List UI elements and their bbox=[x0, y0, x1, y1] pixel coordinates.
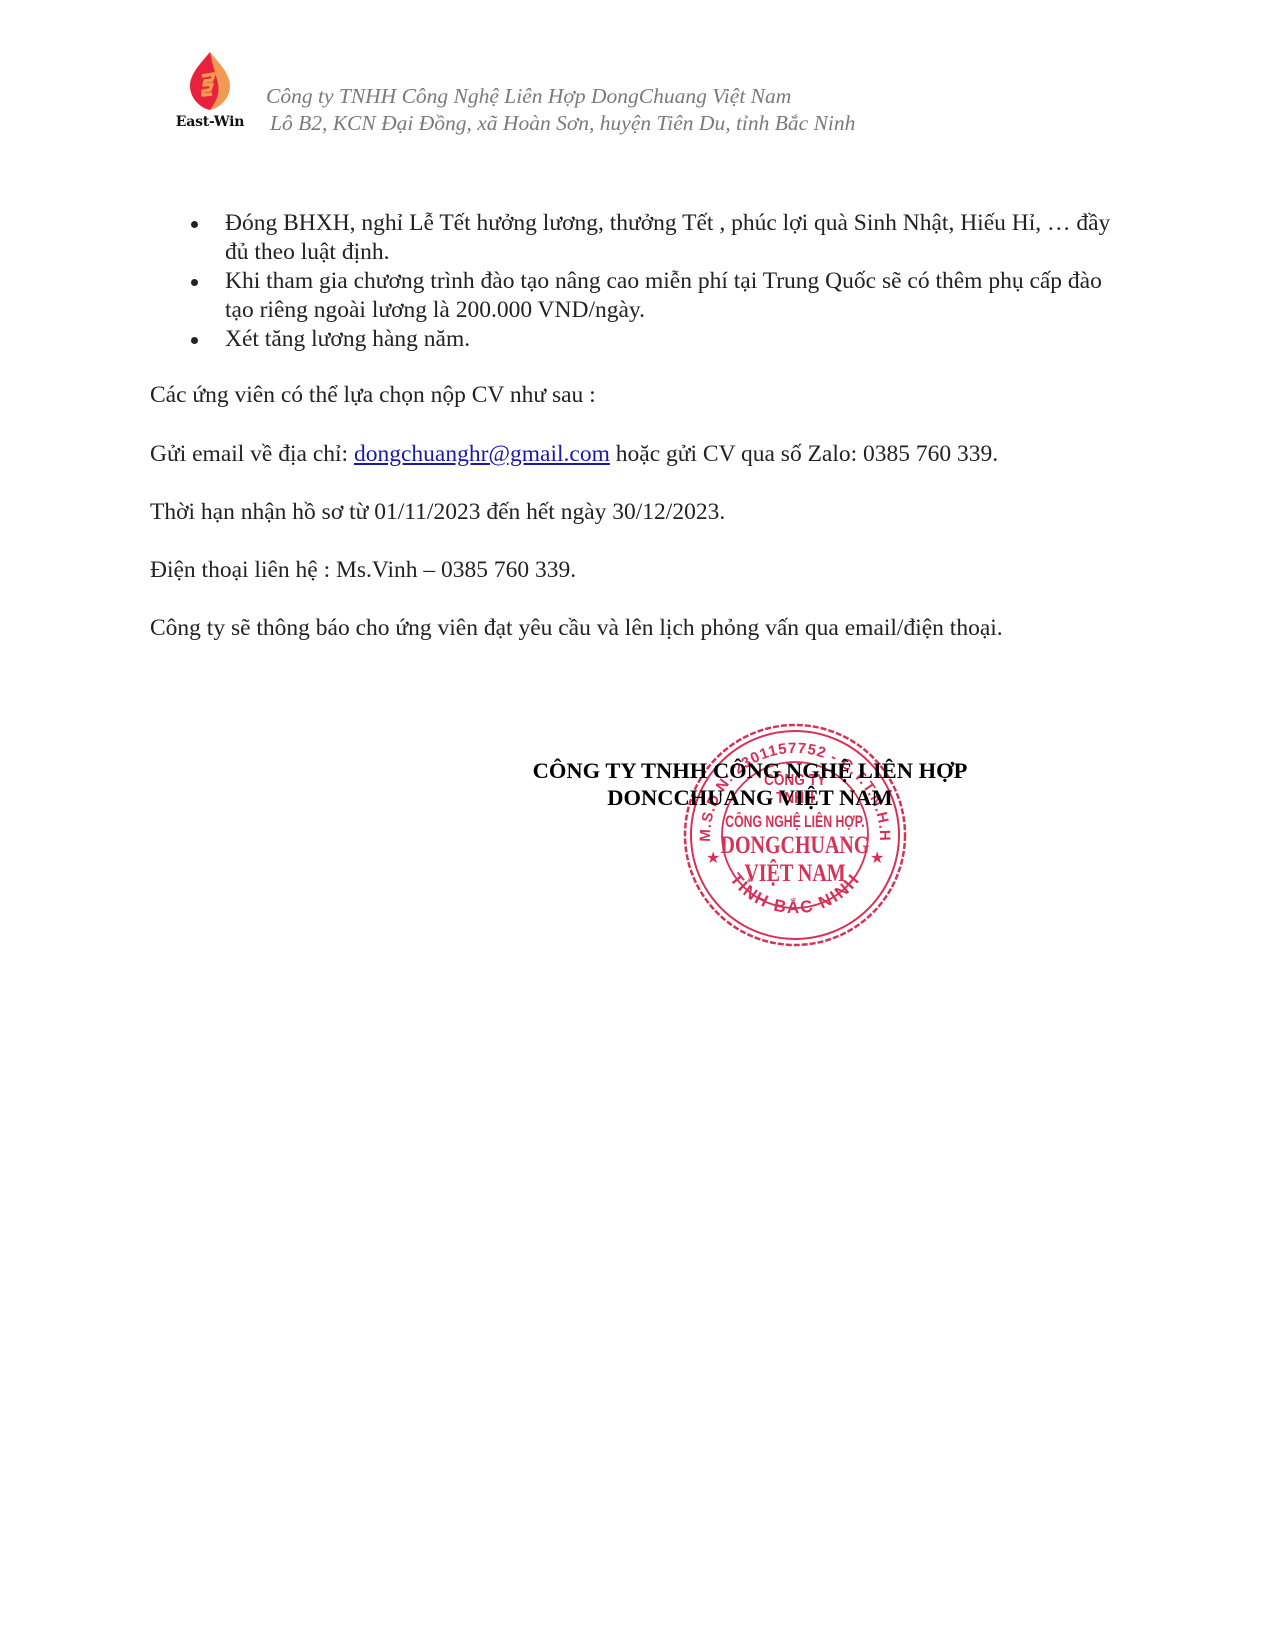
benefit-text: Khi tham gia chương trình đào tạo nâng c… bbox=[225, 268, 1102, 323]
benefit-text: Đóng BHXH, nghỉ Lễ Tết hưởng lương, thưở… bbox=[225, 210, 1110, 265]
stamp-line: CÔNG NGHỆ LIÊN HỢP. bbox=[712, 812, 878, 832]
logo-text: East-Win bbox=[172, 114, 248, 130]
company-address: Lô B2, KCN Đại Đồng, xã Hoàn Sơn, huyện … bbox=[270, 111, 855, 136]
document-page: East-Win Công ty TNHH Công Nghệ Liên Hợp… bbox=[0, 0, 1275, 1650]
stamp-inner-text: CÔNG TY TNHH CÔNG NGHỆ LIÊN HỢP. DONGCHU… bbox=[680, 720, 910, 950]
email-instruction: Gửi email về địa chỉ: dongchuanghr@gmail… bbox=[150, 440, 998, 469]
list-item: Xét tăng lương hàng năm. bbox=[150, 325, 1130, 354]
company-name: Công ty TNHH Công Nghệ Liên Hợp DongChua… bbox=[266, 84, 791, 109]
bullet-icon bbox=[191, 221, 198, 228]
benefit-text: Xét tăng lương hàng năm. bbox=[225, 326, 470, 352]
list-item: Khi tham gia chương trình đào tạo nâng c… bbox=[150, 267, 1130, 325]
stamp-line: VIỆT NAM bbox=[703, 860, 887, 888]
interview-notice: Công ty sẽ thông báo cho ứng viên đạt yê… bbox=[150, 614, 1003, 643]
contact-phone: Điện thoại liên hệ : Ms.Vinh – 0385 760 … bbox=[150, 556, 576, 585]
email-link[interactable]: dongchuanghr@gmail.com bbox=[354, 441, 610, 467]
signature-company-line1: CÔNG TY TNHH CÔNG NGHỆ LIÊN HỢP bbox=[500, 757, 1000, 784]
stamp-line: DONGCHUANG bbox=[703, 832, 887, 860]
benefits-list: Đóng BHXH, nghỉ Lễ Tết hưởng lương, thưở… bbox=[150, 209, 1130, 354]
bullet-icon bbox=[191, 279, 198, 286]
application-intro: Các ứng viên có thể lựa chọn nộp CV như … bbox=[150, 381, 596, 410]
signature-block: CÔNG TY TNHH CÔNG NGHỆ LIÊN HỢP DONCCHUA… bbox=[500, 757, 1000, 811]
list-item: Đóng BHXH, nghỉ Lễ Tết hưởng lương, thưở… bbox=[150, 209, 1130, 267]
bullet-icon bbox=[191, 337, 198, 344]
application-deadline: Thời hạn nhận hồ sơ từ 01/11/2023 đến hế… bbox=[150, 498, 725, 527]
flame-logo-icon bbox=[186, 50, 234, 112]
email-prefix: Gửi email về địa chỉ: bbox=[150, 441, 354, 467]
company-stamp: M.S.D.N: 2301157752 - C.T.T.N.H.H TỈNH B… bbox=[680, 720, 910, 950]
company-logo: East-Win bbox=[172, 50, 248, 136]
signature-company-line2: DONCCHUANG VIỆT NAM bbox=[500, 784, 1000, 811]
email-suffix: hoặc gửi CV qua số Zalo: 0385 760 339. bbox=[610, 441, 998, 467]
